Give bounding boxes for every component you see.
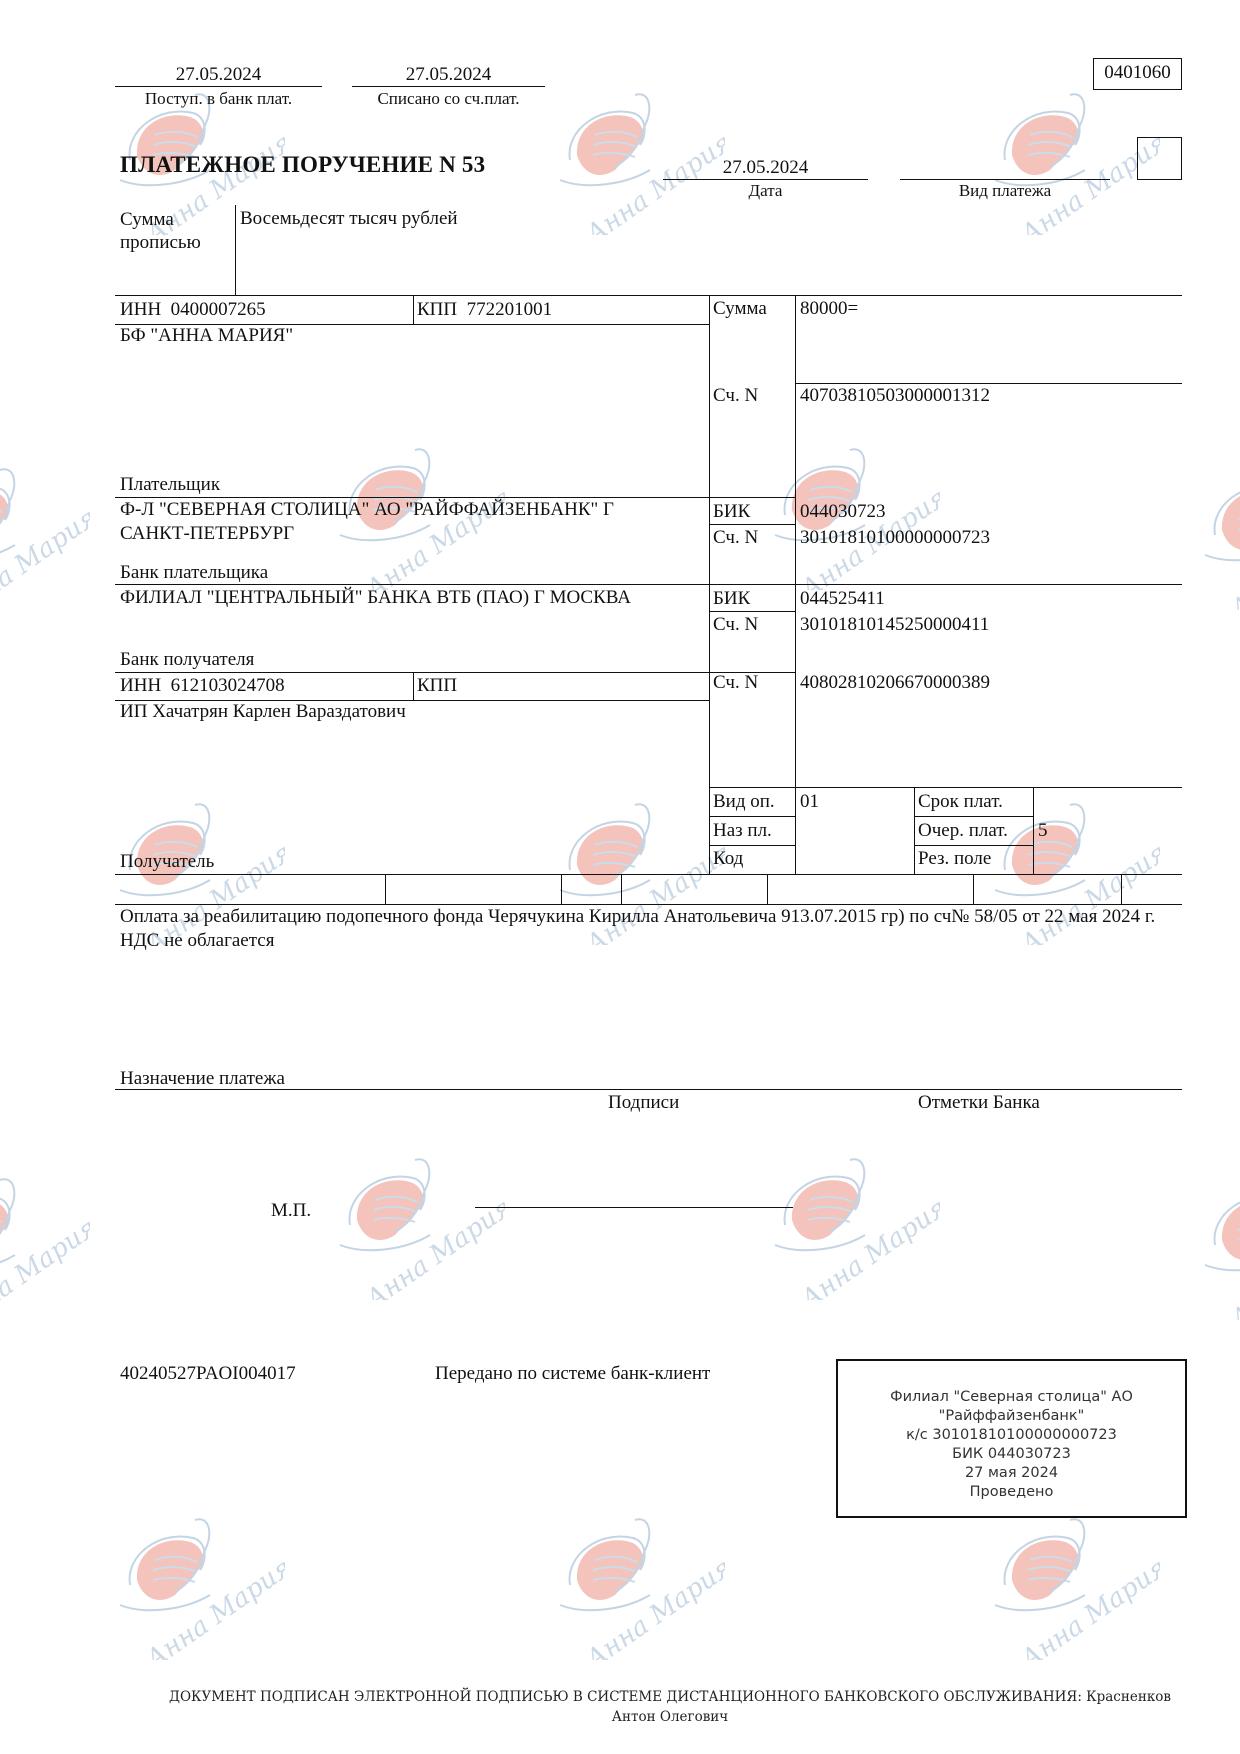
- svg-text:Анна Мария: Анна Мария: [0, 503, 90, 610]
- amount-words-divider: [235, 205, 236, 295]
- payer-inn: ИНН 0400007265: [120, 299, 266, 321]
- signature-line: [475, 1207, 793, 1208]
- recipient-bank-section-label: Банк получателя: [120, 649, 254, 671]
- signature-footer-line2: Антон Олегович: [100, 1707, 1240, 1727]
- payer-kpp-label: КПП: [417, 299, 457, 320]
- payer-bank-section-label: Банк плательщика: [120, 562, 268, 584]
- grid-divider-op-mid: [914, 787, 915, 874]
- document-date: 27.05.2024: [663, 157, 868, 179]
- payer-kpp: КПП 772201001: [417, 299, 552, 321]
- payer-bank-name-line1: Ф-Л "СЕВЕРНАЯ СТОЛИЦА" АО "РАЙФФАЙЗЕНБАН…: [120, 499, 614, 521]
- grid-line-op2: [709, 845, 795, 846]
- debited-date-label: Списано со сч.плат.: [352, 88, 545, 110]
- recipient-section-label: Получатель: [120, 851, 214, 873]
- priority-label: Очер. плат.: [918, 820, 1008, 842]
- form-code-box: 0401060: [1093, 58, 1182, 90]
- bank-stamp-line2: "Райффайзенбанк": [838, 1407, 1185, 1426]
- grid-small-div2: [561, 874, 562, 904]
- charity-logo-watermark-icon: Анна Мария: [335, 1150, 505, 1300]
- amount-words-value: Восемьдесят тысяч рублей: [240, 208, 458, 230]
- purpose-line: [115, 1089, 1182, 1090]
- recipient-bank-account-label: Сч. N: [713, 614, 758, 636]
- bank-stamp-line3: к/с 30101810100000000723: [838, 1426, 1185, 1445]
- grid-divider-op-right: [1033, 787, 1034, 874]
- payer-bank-name-line2: САНКТ-ПЕТЕРБУРГ: [120, 523, 294, 545]
- recipient-name: ИП Хачатрян Карлен Вараздатович: [120, 701, 406, 723]
- payer-bank-account-label: Сч. N: [713, 527, 758, 549]
- received-date-label: Поступ. в банк плат.: [115, 88, 322, 110]
- bank-stamp-line6: Проведено: [838, 1483, 1185, 1502]
- svg-text:Анна Мария: Анна Мария: [579, 1553, 725, 1660]
- recipient-bank-bik-label: БИК: [713, 588, 750, 610]
- grid-small-div4: [767, 874, 768, 904]
- svg-text:Анна Мария: Анна Мария: [139, 1553, 285, 1660]
- recipient-kpp: КПП: [417, 675, 467, 697]
- charity-logo-watermark-icon: Анна Мария: [555, 1510, 725, 1660]
- grid-small-div6: [1121, 874, 1122, 904]
- grid-line-payer-bank: [115, 584, 1182, 585]
- payer-inn-value: 0400007265: [171, 299, 266, 320]
- op-type-value: 01: [800, 791, 819, 813]
- priority-value: 5: [1038, 820, 1048, 842]
- document-title: ПЛАТЕЖНОЕ ПОРУЧЕНИЕ N 53: [120, 152, 485, 178]
- payer-bank-bik-value: 044030723: [800, 501, 886, 523]
- recipient-bank-bik-value: 044525411: [800, 588, 885, 610]
- charity-logo-watermark-icon: Анна Мария: [1200, 1170, 1240, 1320]
- payer-bank-bik-label: БИК: [713, 501, 750, 523]
- amount-value: 80000=: [800, 298, 858, 320]
- payer-inn-label: ИНН: [120, 299, 161, 320]
- charity-logo-watermark-icon: Анна Мария: [0, 460, 90, 610]
- svg-text:Анна Мария: Анна Мария: [794, 1193, 940, 1300]
- bank-stamp-line4: БИК 044030723: [838, 1445, 1185, 1464]
- payment-purpose-text: Оплата за реабилитацию подопечного фонда…: [120, 905, 1180, 953]
- grid-line-op3: [914, 816, 1033, 817]
- charity-logo-watermark-icon: Анна Мария: [1200, 460, 1240, 610]
- amount-words-label: Сумма прописью: [120, 208, 201, 254]
- bank-stamp-line5: 27 мая 2024: [838, 1464, 1185, 1483]
- payer-name: БФ "АННА МАРИЯ": [120, 325, 293, 347]
- seal-label: М.П.: [271, 1200, 311, 1222]
- recipient-inn-label: ИНН: [120, 675, 161, 696]
- recipient-kpp-label: КПП: [417, 675, 457, 696]
- signature-footer-line1: ДОКУМЕНТ ПОДПИСАН ЭЛЕКТРОННОЙ ПОДПИСЬЮ В…: [100, 1687, 1240, 1707]
- debited-date-line: [352, 86, 545, 87]
- amount-words-label-line1: Сумма: [120, 208, 201, 231]
- payer-bank-account-value: 30101810100000000723: [800, 527, 990, 549]
- grid-divider-payer-kpp: [413, 295, 414, 324]
- payer-section-label: Плательщик: [120, 474, 220, 496]
- bank-stamp: Филиал "Северная столица" АО "Райффайзен…: [836, 1359, 1187, 1518]
- grid-line-recipient-bik: [709, 611, 795, 612]
- grid-line-recipient: [115, 874, 1182, 875]
- svg-text:Анна Мария: Анна Мария: [1224, 1213, 1240, 1320]
- charity-logo-watermark-icon: Анна Мария: [115, 1510, 285, 1660]
- amount-words-label-line2: прописью: [120, 231, 201, 254]
- grid-line-payer-bik: [709, 524, 795, 525]
- charity-logo-watermark-icon: Анна Мария: [0, 1170, 90, 1320]
- grid-line-recipient-bank: [115, 672, 795, 673]
- grid-small-div1: [385, 874, 386, 904]
- recipient-inn: ИНН 612103024708: [120, 675, 285, 697]
- charity-logo-watermark-icon: Анна Мария: [770, 1150, 940, 1300]
- payment-type-label: Вид платежа: [900, 180, 1110, 202]
- bank-stamp-line1: Филиал "Северная столица" АО: [838, 1388, 1185, 1407]
- signature-footer: ДОКУМЕНТ ПОДПИСАН ЭЛЕКТРОННОЙ ПОДПИСЬЮ В…: [100, 1687, 1240, 1727]
- charity-logo-watermark-icon: Анна Мария: [990, 85, 1160, 235]
- svg-text:Анна Мария: Анна Мария: [359, 1193, 505, 1300]
- signatures-label: Подписи: [608, 1092, 679, 1114]
- received-date-line: [115, 86, 322, 87]
- debited-date: 27.05.2024: [352, 64, 545, 86]
- payment-type-box[interactable]: [1137, 137, 1182, 180]
- purpose-code-label: Наз пл.: [713, 820, 772, 842]
- payer-kpp-value: 772201001: [467, 299, 553, 320]
- grid-line-top: [115, 295, 1182, 296]
- recipient-bank-account-value: 30101810145250000411: [800, 614, 989, 636]
- grid-small-div3: [621, 874, 622, 904]
- grid-line-operation-top: [709, 787, 1182, 788]
- payer-account-value: 40703810503000001312: [800, 385, 990, 407]
- grid-line-amount: [795, 383, 1182, 384]
- recipient-inn-value: 612103024708: [171, 675, 285, 696]
- due-label: Срок плат.: [918, 791, 1003, 813]
- op-type-label: Вид оп.: [713, 791, 775, 813]
- recipient-bank-name: ФИЛИАЛ "ЦЕНТРАЛЬНЫЙ" БАНКА ВТБ (ПАО) Г М…: [120, 587, 631, 609]
- reserved-label: Рез. поле: [918, 848, 991, 870]
- grid-line-payer: [115, 497, 795, 498]
- svg-text:Анна Мария: Анна Мария: [1224, 503, 1240, 610]
- grid-line-op4: [914, 845, 1033, 846]
- recipient-account-value: 40802810206670000389: [800, 672, 990, 694]
- grid-divider-recipient-kpp: [413, 672, 414, 700]
- grid-small-div5: [973, 874, 974, 904]
- payment-purpose-label: Назначение платежа: [120, 1068, 285, 1090]
- transmission-note: Передано по системе банк-клиент: [435, 1363, 710, 1385]
- document-reference: 40240527PAOI004017: [120, 1363, 296, 1385]
- amount-label: Сумма: [713, 298, 767, 320]
- payer-account-label: Сч. N: [713, 385, 758, 407]
- bank-marks-label: Отметки Банка: [918, 1092, 1040, 1114]
- recipient-account-label: Сч. N: [713, 672, 758, 694]
- code-label: Код: [713, 848, 743, 870]
- received-date: 27.05.2024: [115, 64, 322, 86]
- svg-text:Анна Мария: Анна Мария: [1014, 1553, 1160, 1660]
- grid-line-op1: [709, 816, 795, 817]
- document-date-label: Дата: [663, 180, 868, 202]
- charity-logo-watermark-icon: Анна Мария: [990, 1510, 1160, 1660]
- svg-text:Анна Мария: Анна Мария: [0, 1213, 90, 1320]
